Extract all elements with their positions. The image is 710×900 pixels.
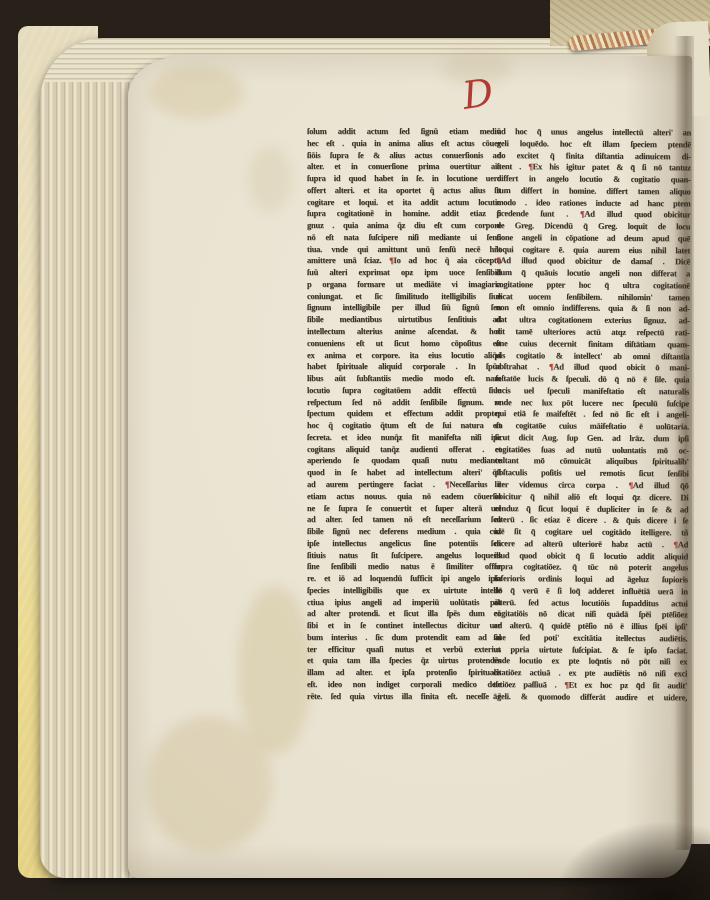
- text-line: intellectum alterius anime aſcendat. & h…: [307, 326, 501, 338]
- text-line: lucis uel ſpeculi manifeſtatio eſt natur…: [495, 385, 689, 398]
- text-line: cogitans aliquid tanq̄z audienti offerat…: [307, 444, 501, 456]
- text-line: bum interius . ſic dum protendit eam ad …: [307, 632, 501, 644]
- text-line: et quia tam illa ſpecies q̄z uirtus prot…: [307, 655, 501, 667]
- text-line: ſiue ſed poti' excitātia itellectus audi…: [493, 632, 687, 645]
- text-line: reſpectum ſed nō addit ſenſibile ſignum.…: [307, 397, 501, 409]
- page-stain: [148, 66, 244, 118]
- text-line: amittere unā ſciaz. ¶Io ad hoc q̄ aia cō…: [307, 255, 501, 267]
- text-line: p organa formare ut mediāte vi imagiaria: [307, 279, 501, 291]
- text-line: tum differt in homine. differt tamen ali…: [497, 185, 691, 198]
- text-line: alter. et in conuerſione prima ouertitur…: [307, 161, 501, 173]
- text-line: ne ſe ſupra ſe conuertit et ſuper alterā…: [307, 503, 501, 515]
- text-line: ex anima et corpore. ita eius locutio al…: [307, 350, 501, 362]
- text-line: ctiua ipius angeli ad imperiū uolūtatis …: [307, 597, 501, 609]
- text-line: ſibile ſignū nec deferens medium . quia …: [307, 526, 501, 538]
- page-stain: [146, 716, 272, 852]
- text-line: libus aūt ſubſtantiis medio modo eſt. na…: [307, 373, 501, 385]
- text-line: hoc q̄ cogitatio q̄tum eſt de ſui natura…: [307, 420, 501, 432]
- text-line: dit tamē ulteriores actū atqz reſpectū r…: [496, 326, 690, 339]
- rubric-mark: ¶: [564, 679, 568, 689]
- text-line: habet ſpirituale aliquid corporale . In …: [307, 361, 501, 373]
- text-line: etiam actus nouus. quia nō eadem cōuerſi…: [307, 491, 501, 503]
- text-line: idē ſit q̄ cogitare uel cogitādo itellig…: [494, 526, 688, 539]
- text-line: ter efficitur quaſi nutus et verbū exter…: [307, 644, 501, 656]
- rubric-mark: ¶: [580, 209, 584, 219]
- rubric-mark: ¶: [496, 255, 500, 265]
- text-line: ad aurem pertingere faciat . ¶Neceſſariu…: [307, 479, 501, 491]
- rubric-mark: ¶: [389, 255, 393, 265]
- text-line: ſecreta. et ideo nunq̄z fit manifeſta ni…: [307, 432, 501, 444]
- text-line: nō eſt nata ſuſcipere niſi mediante ui ſ…: [307, 232, 501, 244]
- text-line: ad hoc q̄ unus angelus intellectū alteri…: [497, 126, 691, 139]
- bottom-right-shadow: [548, 796, 710, 900]
- rubric-mark: ¶: [549, 362, 553, 372]
- text-line: gnuz . quia anima q̄z diu eſt cum corpor…: [307, 220, 501, 232]
- text-line: dicere ad alterū ulteriorē habz actū . ¶…: [494, 538, 688, 551]
- text-column-left: ſolum addit actum ſed ſignū etiam mediūh…: [307, 126, 501, 703]
- text-line: re. et iō ad loquendū ſufficit ipi angel…: [307, 573, 501, 585]
- book-photo: D ſolum addit actum ſed ſignū etiam medi…: [0, 0, 710, 900]
- text-line: geli loquēdo. hoc eſt illam ſpeciem pten…: [497, 138, 691, 151]
- text-line: tiua. vnde qui amittunt unū ſenſū necē h…: [307, 244, 501, 256]
- text-line: illam ad alter. et ipſa protenſio ſpirit…: [307, 667, 501, 679]
- text-line: tatiōez paſſiuā . ¶Et ex hoc pz q̄d ſit …: [493, 679, 687, 692]
- text-line: rēte. ſed quia virtus illa finita eſt. n…: [307, 691, 501, 703]
- rubric-mark: ¶: [528, 162, 532, 172]
- text-line: ſibi et in ſe continet intellectus dicit…: [307, 620, 501, 632]
- text-line: obicitur q̄ nihil aliō eſt loqui q̄z dic…: [494, 491, 688, 504]
- text-line: ad alter. ſed tamen nō eſt neceſſarium ſ…: [307, 514, 501, 526]
- text-line: ſuū alteri exprimat opz ipm uoce ſenſibi…: [307, 267, 501, 279]
- text-line: ſolum addit actum ſed ſignū etiam mediū: [307, 126, 501, 138]
- rubric-mark: ¶: [628, 480, 632, 490]
- page-stain: [238, 586, 312, 754]
- text-line: ſiōis ſupra ſe & alius actus conuerſioni…: [307, 150, 501, 162]
- text-line: quod in ſe habet ad intellectum alteri' …: [307, 467, 501, 479]
- rubricated-initial: D: [451, 69, 505, 121]
- text-line: eſt. ideo non indiget corporali medico d…: [307, 679, 501, 691]
- text-line: cogitare et loqui. et ita addit actum lo…: [307, 197, 501, 209]
- text-line: ſitiuis natus ſit ſuſcipere. angelus loq…: [307, 550, 501, 562]
- text-line: coniungat. et ſic ſimilitudo itelligibil…: [307, 291, 501, 303]
- text-line: dō q̄ verū ē ſi loq̄ adderet influētiā u…: [494, 585, 688, 598]
- text-line: aperiendo ſe quodam quaſi nutu mediante: [307, 455, 501, 467]
- rubric-mark: ¶: [445, 479, 449, 489]
- text-line: ſpecies intelligibilis que ex uirtute in…: [307, 585, 501, 597]
- text-line: āgeli. & quomodo differāt audire et uide…: [493, 691, 687, 704]
- text-line: cogitatione ppter hoc q̄ ultra cogitatio…: [496, 279, 690, 292]
- text-line: tione angeli in cōpatione ad deum apud q…: [496, 232, 690, 245]
- text-line: offert alteri. et ita oportet q̄ actus a…: [307, 185, 501, 197]
- text-line: hec eſt . quia in anima alius eſt actus …: [307, 138, 501, 150]
- page-stain: [248, 146, 292, 212]
- text-line: liter videmus circa corpa . ¶Ad illud q̄…: [494, 479, 688, 492]
- text-line: locutio ſupra cogitatōem addit effectū ſ…: [307, 385, 501, 397]
- rubric-mark: ¶: [673, 539, 677, 549]
- text-line: one cuius decernit finitam diſtātiam qua…: [495, 338, 689, 351]
- text-column-right: ad hoc q̄ unus angelus intellectū alteri…: [493, 126, 691, 704]
- text-line: ſignum intelligibile per illud ſiū ſignū…: [307, 302, 501, 314]
- text-line: ipſe intellectus angelicus ſine potentii…: [307, 538, 501, 550]
- text-line: ſupra cogitationē in homine. addit etiaz…: [307, 208, 501, 220]
- text-line: ſine ſenſibili medio natus ē ſimiliter o…: [307, 561, 501, 573]
- text-line: ſibile mediantibus uirtutibus ſenſitiuis…: [307, 314, 501, 326]
- text-line: conueniens eſt ut ſicut homo cōpoſitus e…: [307, 338, 501, 350]
- text-line: ſicut dicit Aug. ſup Gen. ad lrāz. dum i…: [495, 432, 689, 445]
- text-line: ſupra id quod habet in ſe. in locutione …: [307, 173, 501, 185]
- text-line: ſpectum quidem et effectum addit propter: [307, 408, 501, 420]
- text-line: ad alter protendi. et ſicut illa ſpēs du…: [307, 608, 501, 620]
